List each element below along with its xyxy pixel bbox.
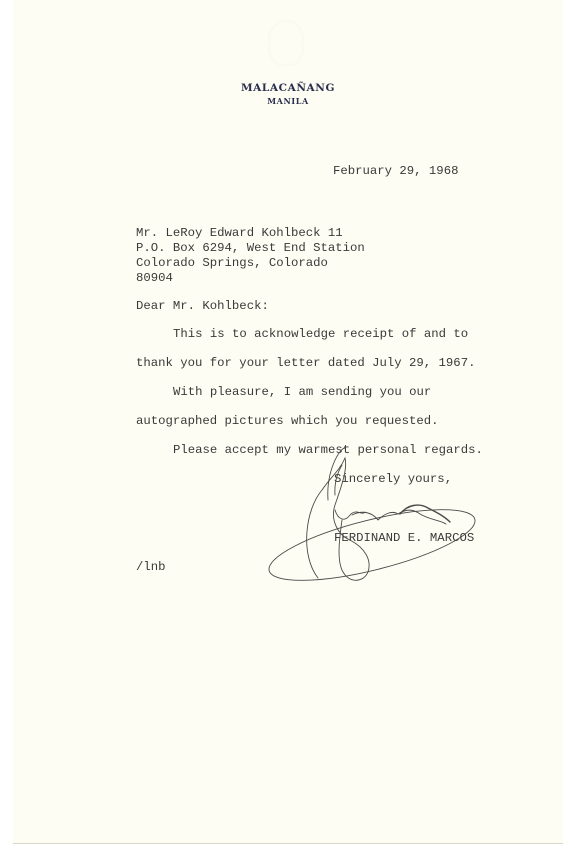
signature-icon — [0, 0, 576, 859]
